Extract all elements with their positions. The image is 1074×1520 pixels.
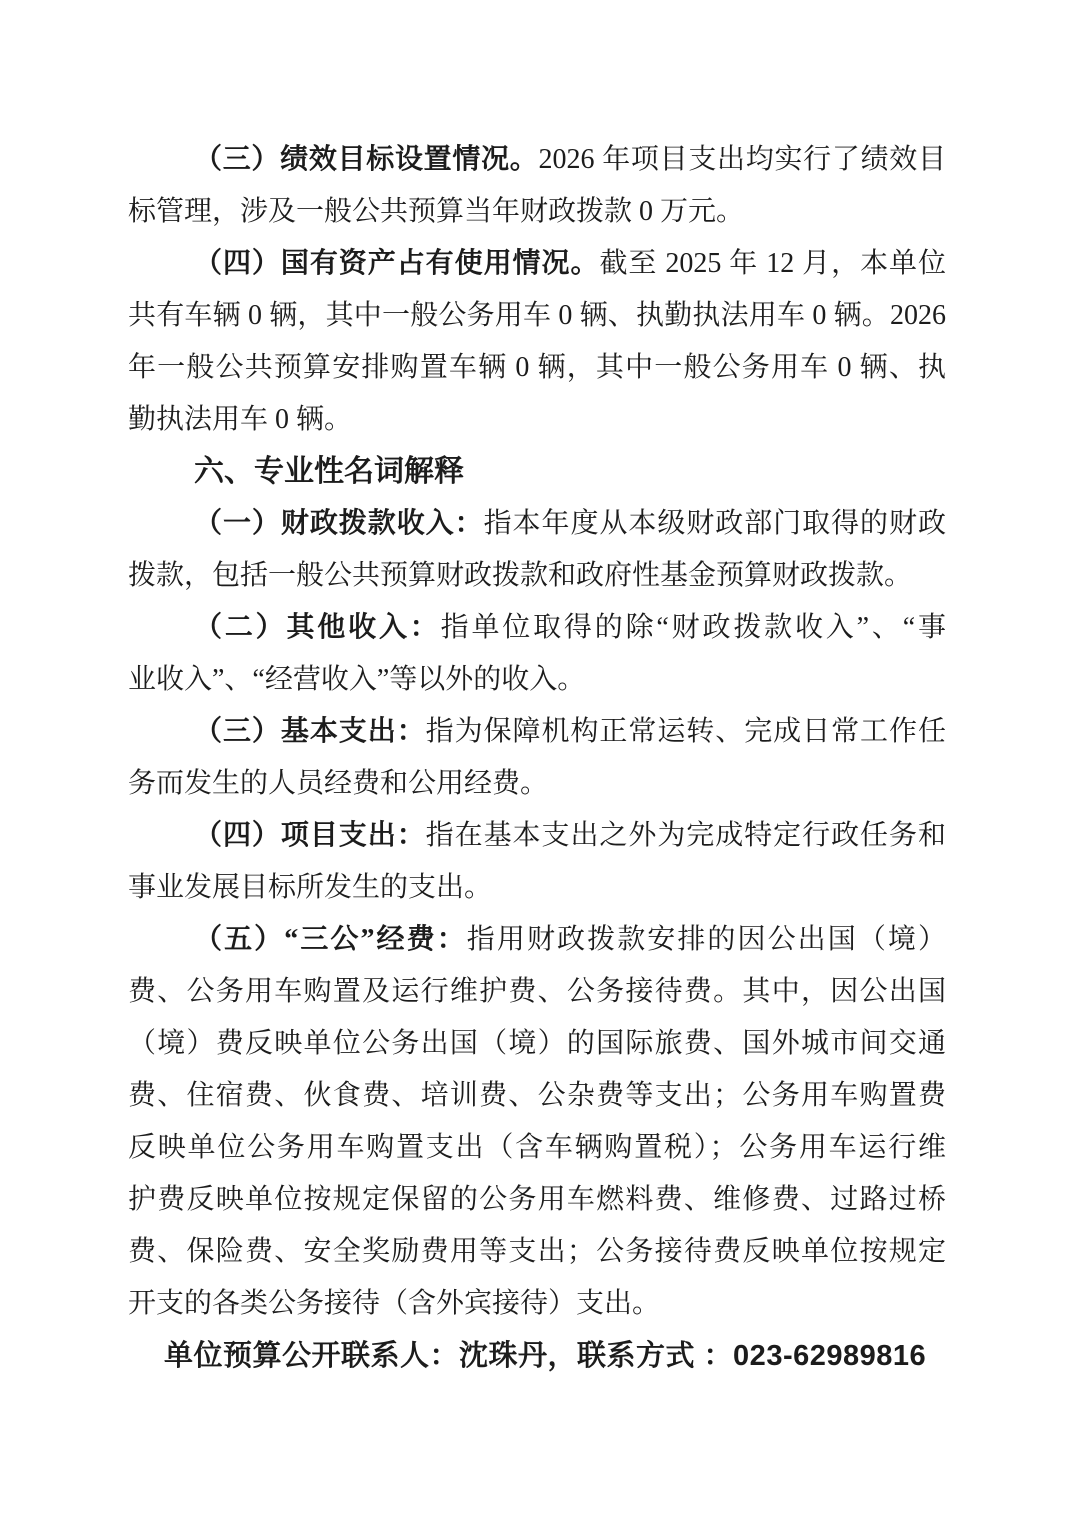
text-segment: 指用财政拨款安排的因公出国（境） bbox=[467, 924, 946, 955]
document-line: （四）国有资产占有使用情况。截至 2025 年 12 月，本单位 bbox=[128, 238, 946, 290]
text-segment: 反映单位公务用车购置支出（含车辆购置税）；公务用车运行维 bbox=[128, 1132, 946, 1163]
document-line: 拨款，包括一般公共预算财政拨款和政府性基金预算财政拨款。 bbox=[128, 550, 946, 602]
text-segment: 费、公务用车购置及运行维护费、公务接待费。其中，因公出国 bbox=[128, 976, 946, 1007]
bold-text-segment: 六、专业性名词解释 bbox=[194, 455, 464, 488]
text-segment: 年一般公共预算安排购置车辆 0 辆，其中一般公务用车 0 辆、执 bbox=[128, 352, 946, 383]
bold-text-segment: （四）国有资产占有使用情况。 bbox=[194, 248, 599, 279]
text-segment: 指本年度从本级财政部门取得的财政 bbox=[484, 508, 946, 539]
text-segment: 务而发生的人员经费和公用经费。 bbox=[128, 768, 548, 799]
document-line: （三）绩效目标设置情况。2026 年项目支出均实行了绩效目 bbox=[128, 134, 946, 186]
bold-text-segment: （五）“三公”经费： bbox=[194, 924, 467, 955]
text-segment: 护费反映单位按规定保留的公务用车燃料费、维修费、过路过桥 bbox=[128, 1184, 946, 1215]
bold-text-segment: 单位预算公开联系人：沈珠丹，联系方式 ：023-62989816 bbox=[164, 1340, 926, 1372]
bold-text-segment: （三）基本支出： bbox=[194, 716, 426, 747]
text-segment: 指单位取得的除“财政拨款收入”、“事 bbox=[441, 612, 946, 643]
text-segment: 拨款，包括一般公共预算财政拨款和政府性基金预算财政拨款。 bbox=[128, 560, 912, 591]
document-line: 费、住宿费、伙食费、培训费、公杂费等支出；公务用车购置费 bbox=[128, 1070, 946, 1122]
section-heading: 六、专业性名词解释 bbox=[128, 446, 946, 498]
document-line: （三）基本支出：指为保障机构正常运转、完成日常工作任 bbox=[128, 706, 946, 758]
document-line: 费、保险费、安全奖励费用等支出；公务接待费反映单位按规定 bbox=[128, 1226, 946, 1278]
document-line: 务而发生的人员经费和公用经费。 bbox=[128, 758, 946, 810]
document-line: 反映单位公务用车购置支出（含车辆购置税）；公务用车运行维 bbox=[128, 1122, 946, 1174]
bold-text-segment: （三）绩效目标设置情况。 bbox=[194, 144, 539, 175]
contact-line: 单位预算公开联系人：沈珠丹，联系方式 ：023-62989816 bbox=[128, 1330, 946, 1382]
document-line: 年一般公共预算安排购置车辆 0 辆，其中一般公务用车 0 辆、执 bbox=[128, 342, 946, 394]
document-line: 标管理，涉及一般公共预算当年财政拨款 0 万元。 bbox=[128, 186, 946, 238]
document-line: （境）费反映单位公务出国（境）的国际旅费、国外城市间交通 bbox=[128, 1018, 946, 1070]
document-line: 事业发展目标所发生的支出。 bbox=[128, 862, 946, 914]
document-line: 勤执法用车 0 辆。 bbox=[128, 394, 946, 446]
document-line: 业收入”、“经营收入”等以外的收入。 bbox=[128, 654, 946, 706]
document-line: 开支的各类公务接待（含外宾接待）支出。 bbox=[128, 1278, 946, 1330]
text-segment: 勤执法用车 0 辆。 bbox=[128, 404, 352, 435]
document-line: 费、公务用车购置及运行维护费、公务接待费。其中，因公出国 bbox=[128, 966, 946, 1018]
document-line: （四）项目支出：指在基本支出之外为完成特定行政任务和 bbox=[128, 810, 946, 862]
text-segment: 共有车辆 0 辆，其中一般公务用车 0 辆、执勤执法用车 0 辆。2026 bbox=[128, 300, 946, 331]
text-segment: 指在基本支出之外为完成特定行政任务和 bbox=[426, 820, 946, 851]
document-line: （一）财政拨款收入：指本年度从本级财政部门取得的财政 bbox=[128, 498, 946, 550]
document-line: 共有车辆 0 辆，其中一般公务用车 0 辆、执勤执法用车 0 辆。2026 bbox=[128, 290, 946, 342]
document-line: 护费反映单位按规定保留的公务用车燃料费、维修费、过路过桥 bbox=[128, 1174, 946, 1226]
bold-text-segment: （一）财政拨款收入： bbox=[194, 508, 484, 539]
text-segment: 2026 年项目支出均实行了绩效目 bbox=[539, 144, 947, 175]
text-segment: 指为保障机构正常运转、完成日常工作任 bbox=[426, 716, 946, 747]
document-page: （三）绩效目标设置情况。2026 年项目支出均实行了绩效目标管理，涉及一般公共预… bbox=[0, 0, 1074, 1382]
text-segment: （境）费反映单位公务出国（境）的国际旅费、国外城市间交通 bbox=[128, 1028, 946, 1059]
document-line: （五）“三公”经费：指用财政拨款安排的因公出国（境） bbox=[128, 914, 946, 966]
text-segment: 业收入”、“经营收入”等以外的收入。 bbox=[128, 664, 585, 695]
document-body: （三）绩效目标设置情况。2026 年项目支出均实行了绩效目标管理，涉及一般公共预… bbox=[128, 134, 946, 1382]
text-segment: 开支的各类公务接待（含外宾接待）支出。 bbox=[128, 1288, 660, 1319]
text-segment: 费、保险费、安全奖励费用等支出；公务接待费反映单位按规定 bbox=[128, 1236, 946, 1267]
bold-text-segment: （二）其他收入： bbox=[194, 612, 441, 643]
bold-text-segment: （四）项目支出： bbox=[194, 820, 426, 851]
document-line: （二）其他收入：指单位取得的除“财政拨款收入”、“事 bbox=[128, 602, 946, 654]
text-segment: 事业发展目标所发生的支出。 bbox=[128, 872, 492, 903]
text-segment: 费、住宿费、伙食费、培训费、公杂费等支出；公务用车购置费 bbox=[128, 1080, 946, 1111]
text-segment: 标管理，涉及一般公共预算当年财政拨款 0 万元。 bbox=[128, 196, 744, 227]
text-segment: 截至 2025 年 12 月，本单位 bbox=[599, 248, 946, 279]
